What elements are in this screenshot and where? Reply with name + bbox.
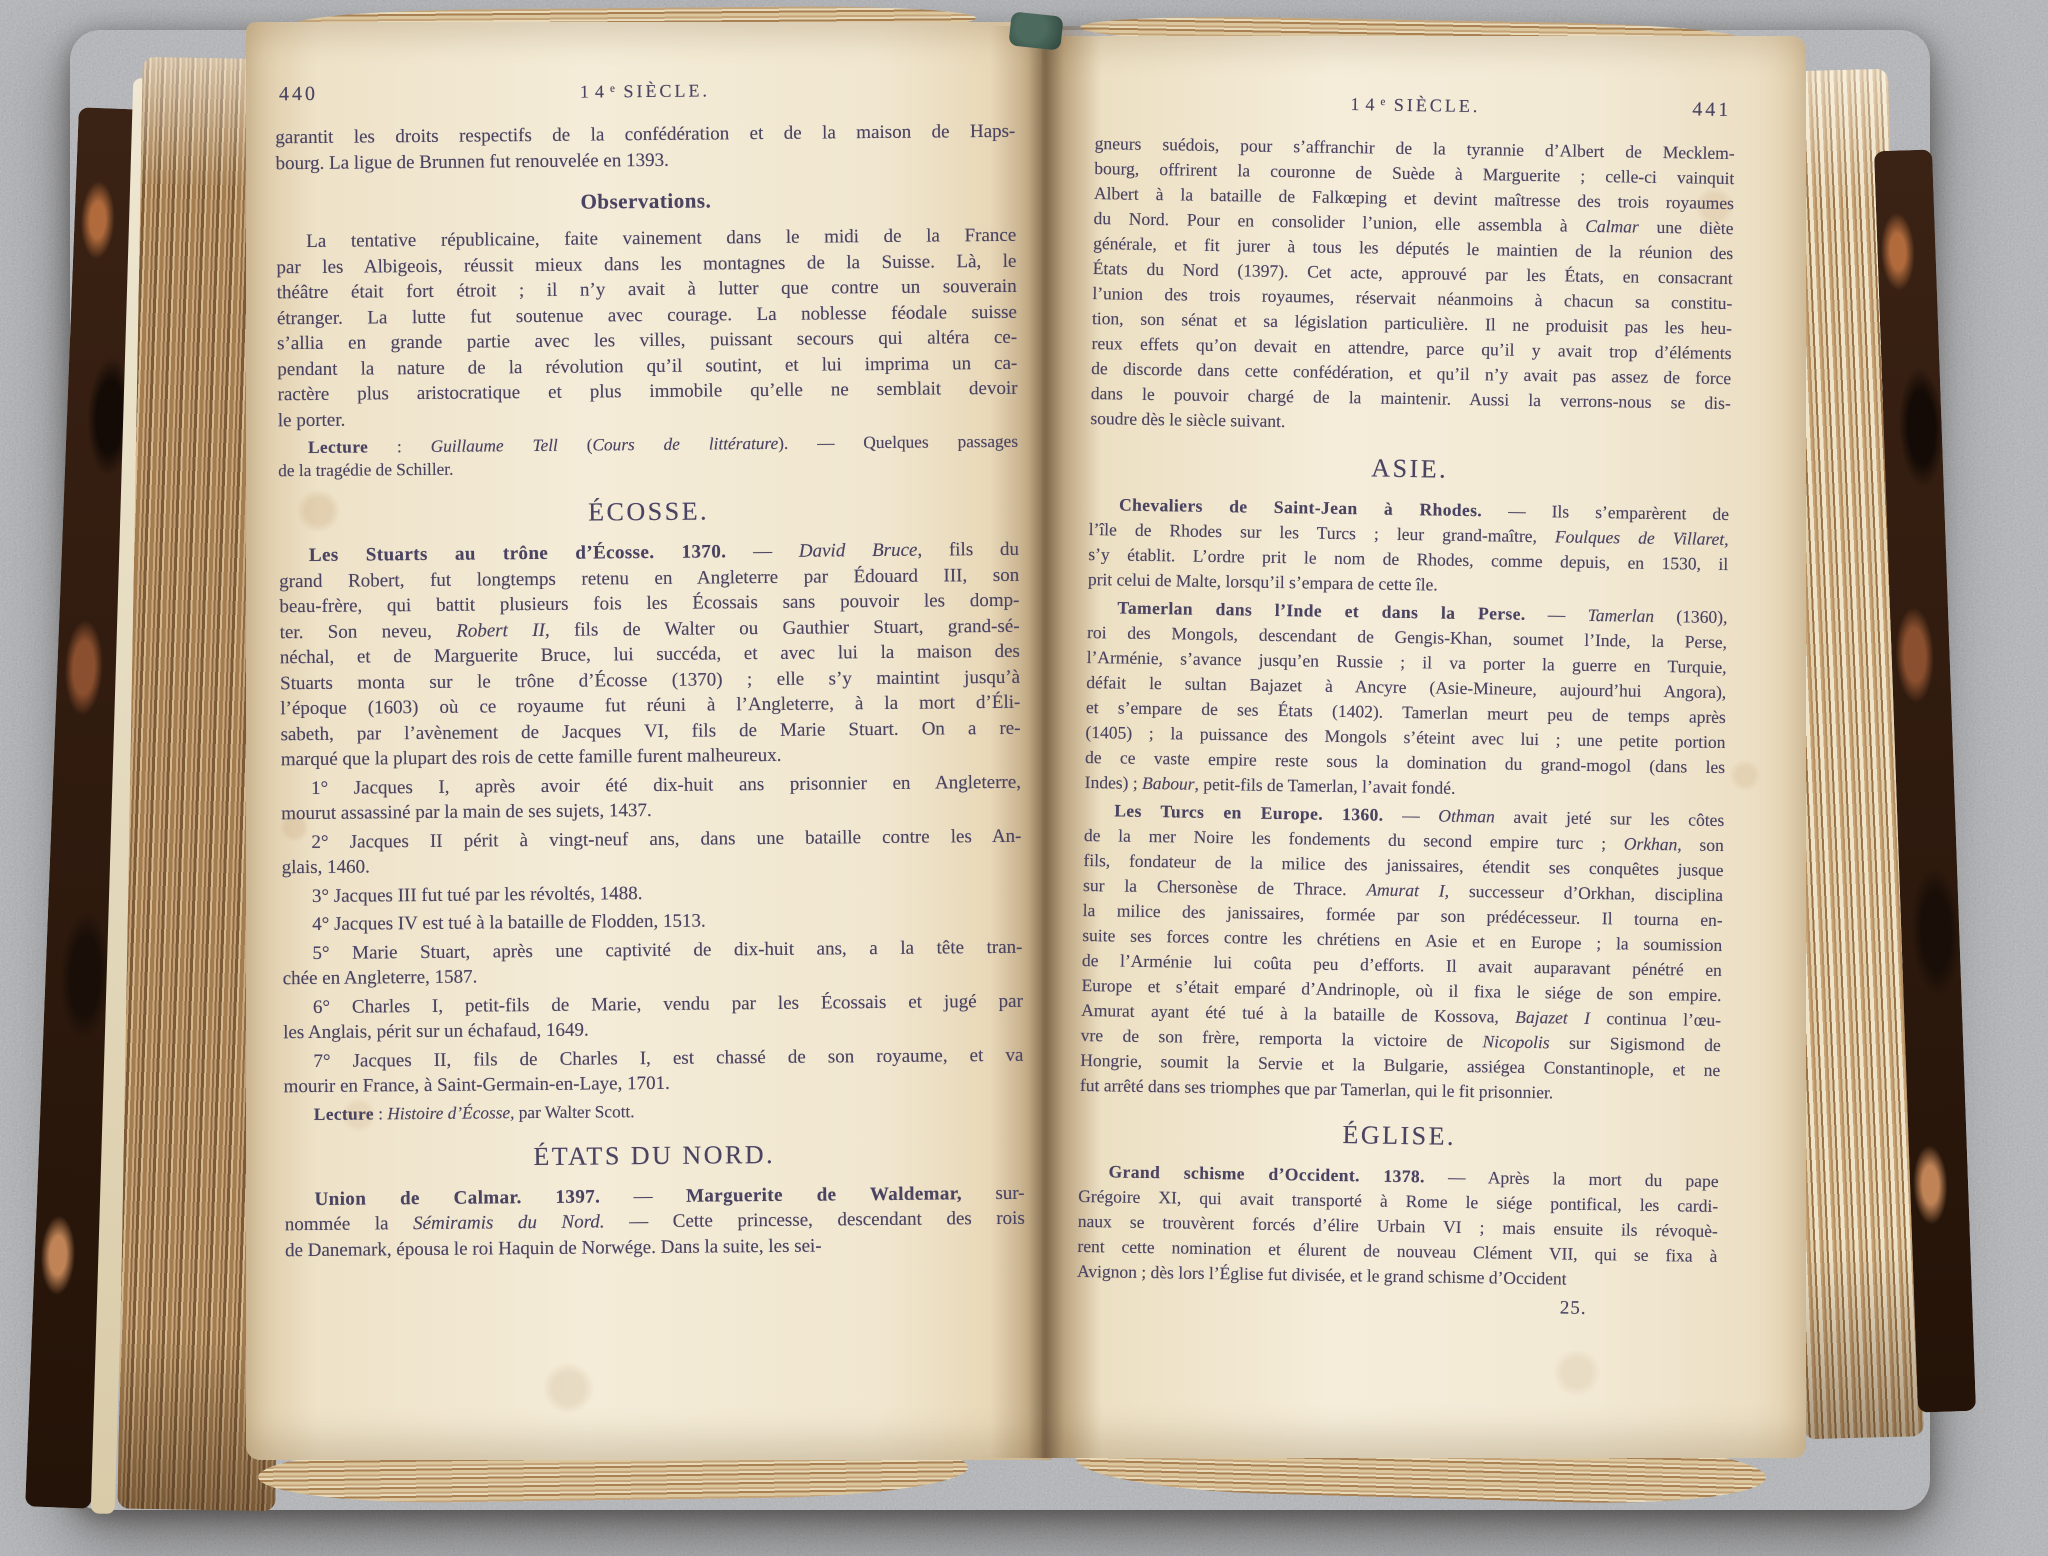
paragraph: 6° Charles I, petit-fils de Marie, vendu… [283,988,1023,1045]
text-segment: : [374,1104,388,1123]
text-segment: 4° Jacques IV est tué à la bataille de F… [312,911,706,935]
text-segment: Indes) ; [1085,772,1143,793]
text-line: 4° Jacques IV est tué à la bataille de F… [282,906,1022,938]
text-segment: 3° Jacques III fut tué par les révoltés,… [312,883,643,907]
text-line: mourir en France, à Saint-Germain-en-Lay… [284,1068,1024,1100]
text-segment: Calmar [1585,216,1639,237]
text-line: chée en Angleterre, 1587. [283,960,1023,992]
page-right-text-blocks: gneurs suédois, pour s’affranchir de la … [1077,131,1735,1294]
text-segment: vre de son frère, remporta la victoire d… [1081,1025,1483,1051]
text-segment: 6° Charles I, petit-fils de Marie, vendu… [313,990,1023,1017]
text-segment: — [1525,604,1587,625]
text-segment: bourg. La ligue de Brunnen fut renouvelé… [275,149,668,173]
text-segment: ). — Quelques passages [778,432,1018,453]
text-segment: Tamerlan [1588,605,1655,626]
paragraph: Tamerlan dans l’Inde et dans la Perse. —… [1085,595,1728,805]
text-segment: pendant la nature de la révolution qu’il… [277,352,1017,379]
paragraph: 7° Jacques II, fils de Charles I, est ch… [283,1042,1023,1099]
section-heading: ÉTATS DU NORD. [284,1137,1024,1173]
text-segment: Nicopolis [1482,1031,1549,1052]
text-segment: l’époque (1603) où ce royaume fut réuni … [280,692,1020,719]
text-segment: La tentative républicaine, faite vaineme… [306,225,1016,252]
text-segment: Chevaliers de Saint-Jean à Rhodes. [1119,494,1482,520]
text-segment: prit celui de Malte, lorsqu’il s’empara … [1088,569,1438,594]
text-segment: Amurat I, [1366,879,1449,900]
page-number-left: 440 [279,83,318,106]
text-segment: Babour [1142,773,1195,794]
paragraph: gneurs suédois, pour s’affranchir de la … [1090,131,1735,441]
text-segment: Sémiramis du Nord. [413,1211,605,1234]
text-segment: 5° Marie Stuart, après une captivité de … [312,936,1022,963]
text-segment: ter. Son neveu, [280,620,457,643]
text-segment: Orkhan [1624,833,1678,854]
page-number-right: 441 [1692,98,1731,122]
text-segment: Union de Calmar. 1397. [315,1186,601,1209]
text-segment: , son [1677,834,1724,855]
photo-background: 440 14e SIÈCLE. garantit les droits resp… [0,0,2048,1556]
text-segment: Robert II, [456,619,550,641]
text-segment: 7° Jacques II, fils de Charles I, est ch… [313,1044,1023,1071]
text-segment: fils de Walter ou Gauthier Stuart, grand… [550,615,1020,640]
page-left-header: 440 14e SIÈCLE. [275,75,1015,113]
paragraph: 3° Jacques III fut tué par les révoltés,… [282,877,1022,909]
text-segment: Tamerlan dans l’Inde et dans la Perse. [1117,597,1525,623]
text-line: les Anglais, périt sur un échafaud, 1649… [283,1014,1023,1046]
section-heading: Observations. [276,186,1016,217]
text-segment: nommée la [285,1213,413,1235]
text-segment: les Anglais, périt sur un échafaud, 1649… [283,1020,589,1044]
page-left-content: 440 14e SIÈCLE. garantit les droits resp… [275,75,1025,1266]
text-segment: néchal, et de Marguerite Bruce, lui succ… [280,641,1020,668]
text-segment: — Ils s’emparèrent de [1482,500,1729,524]
text-segment: grand Robert, fut longtemps retenu en An… [279,564,1019,591]
text-segment: sur Sigismond de [1549,1032,1720,1055]
text-segment: théâtre était fort étroit ; il n’y avait… [277,276,1017,303]
text-segment: Foulques de Villaret, [1555,526,1729,549]
text-segment: Guillaume Tell [431,436,558,456]
text-segment: s’allia en grande partie avec les villes… [277,327,1017,354]
text-line: 3° Jacques III fut tué par les révoltés,… [282,877,1022,909]
text-segment: Othman [1438,806,1495,827]
text-segment: marqué que la plupart des rois de cette … [281,745,782,770]
text-line: Lecture : Histoire d’Écosse, par Walter … [284,1096,1024,1125]
paragraph: 4° Jacques IV est tué à la bataille de F… [282,906,1022,938]
section-heading: ÉCOSSE. [279,494,1019,530]
text-segment: , petit-fils de Tamerlan, l’avait fondé. [1194,774,1455,798]
paragraph: Lecture : Guillaume Tell (Cours de litté… [278,430,1018,482]
paragraph: 1° Jacques I, après avoir été dix-huit a… [281,769,1021,826]
paragraph: Union de Calmar. 1397. — Marguerite de W… [284,1180,1025,1263]
paragraph: 2° Jacques II périt à vingt-neuf ans, da… [281,823,1021,880]
text-segment: une diète [1639,217,1734,238]
text-segment: garantit les droits respectifs de la con… [275,121,1015,148]
text-segment: glais, 1460. [282,856,370,878]
text-segment: sur la Chersonèse de Thrace. [1083,875,1367,899]
text-segment: Stuarts monta sur le trône d’Écosse (137… [280,666,1020,693]
paragraph: 5° Marie Stuart, après une captivité de … [282,934,1022,991]
text-segment: le porter. [278,409,346,431]
text-segment: par les Albigeois, réussit mieux dans le… [276,250,1016,277]
text-segment: mourir en France, à Saint-Germain-en-Lay… [284,1073,670,1097]
text-segment: ractère plus aristocratique et plus immo… [277,378,1017,405]
text-segment: (1360), [1654,606,1728,627]
paragraph: Lecture : Histoire d’Écosse, par Walter … [284,1096,1024,1125]
section-heading: ASIE. [1090,449,1730,489]
text-segment: chée en Angleterre, 1587. [283,967,478,990]
text-segment: beau-frère, qui battit plusieurs fois le… [279,590,1019,617]
page-left-text-blocks: garantit les droits respectifs de la con… [275,119,1025,1263]
text-segment: Cours de littérature [592,434,778,455]
section-heading: ÉGLISE. [1079,1116,1719,1156]
paragraph: Les Turcs en Europe. 1360. — Othman avai… [1080,798,1725,1108]
text-segment: — Cette princesse, descendant des rois [604,1208,1024,1233]
text-segment: de la tragédie de Schiller. [278,460,453,481]
text-segment: sur- [962,1182,1025,1204]
text-segment: : [368,437,431,457]
text-segment: Avignon ; dès lors l’Église fut divisée,… [1077,1261,1567,1289]
paragraph: La tentative républicaine, faite vaineme… [276,223,1018,433]
running-title-left: 14e SIÈCLE. [275,75,1015,105]
text-segment: étranger. La lutte fut soutenue avec cou… [277,301,1017,328]
text-segment: Les Stuarts au trône d’Écosse. 1370. [309,541,727,566]
text-segment: Lecture [308,437,368,457]
text-line: marqué que la plupart des rois de cette … [281,741,1021,773]
text-segment: Bajazet I [1515,1007,1590,1028]
text-segment: sabeth, par l’avènement de Jacques VI, f… [280,717,1020,744]
text-segment: — [726,541,799,563]
text-segment: 1° Jacques I, après avoir été dix-huit a… [311,771,1021,798]
text-line: mourut assassiné par la main de ses suje… [281,795,1021,827]
text-segment: Histoire d’Écosse, [387,1103,514,1123]
text-segment: 2° Jacques II périt à vingt-neuf ans, da… [311,825,1021,852]
paragraph: Les Stuarts au trône d’Écosse. 1370. — D… [279,537,1021,773]
text-segment: soudre dès le siècle suivant. [1090,408,1285,431]
text-segment: — [600,1185,686,1207]
paragraph: garantit les droits respectifs de la con… [275,119,1015,176]
text-segment: de Danemark, épousa le roi Haquin de Nor… [285,1235,822,1261]
headband [1008,11,1063,50]
text-segment: continua l’œu- [1590,1008,1721,1030]
text-segment: successeur d’Orkhan, disciplina [1449,881,1723,905]
text-segment: par Walter Scott. [514,1102,634,1122]
text-segment: ( [558,435,593,454]
text-segment: Les Turcs en Europe. 1360. [1114,800,1384,824]
text-segment: Lecture [314,1104,374,1124]
text-segment: Amurat ayant été tué à la bataille de Ko… [1081,1000,1515,1027]
paragraph: Grand schisme d’Occident. 1378. — Après … [1077,1159,1719,1294]
text-segment: , fils du [917,539,1019,561]
text-segment: — Après la mort du pape [1425,1166,1719,1191]
text-segment: David Bruce [799,540,918,562]
text-segment: fut arrêté dans ses triomphes que par Ta… [1080,1075,1554,1102]
page-right-content: 441 14e SIÈCLE. gneurs suédois, pour s’a… [1076,87,1735,1322]
text-segment: Grand schisme d’Occident. 1378. [1108,1161,1425,1186]
text-segment: — [1383,805,1438,826]
text-segment: Marguerite de Waldemar, [686,1183,962,1206]
text-segment: mourut assassiné par la main de ses suje… [281,800,652,824]
paragraph: Chevaliers de Saint-Jean à Rhodes. — Ils… [1088,492,1729,602]
text-segment: avait jeté sur les côtes [1495,806,1725,830]
